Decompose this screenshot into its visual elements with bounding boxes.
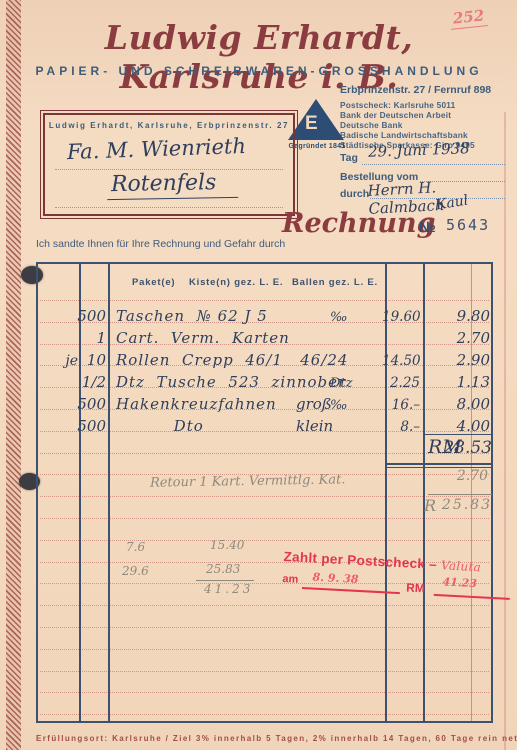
stamp-am-label: am: [282, 573, 299, 586]
pencil-amount: 15.40: [210, 538, 244, 552]
table-row: 1 Cart. Verm. Karten 2.70: [38, 326, 495, 347]
adjustment-rule: [428, 494, 492, 495]
col-header-kiste: Kiste(n) gez. L. E.: [189, 277, 283, 288]
bank-line: Deutsche Bank: [340, 120, 403, 130]
row-per: Dtz: [330, 376, 378, 391]
recipient-dotted-line-1: [55, 155, 283, 170]
binding-edge: [6, 0, 21, 750]
adjustment-credit: 2.70: [430, 468, 488, 484]
row-unit-price: 19.60: [382, 309, 420, 325]
row-unit-price: 8.–: [382, 419, 420, 435]
recipient-box: Ludwig Erhardt, Karlsruhe, Erbprinzenstr…: [40, 110, 298, 219]
total-amount: 28.53: [430, 438, 492, 458]
row-unit-price: 16.–: [382, 397, 420, 413]
printed-sender-line: Ludwig Erhardt, Karlsruhe, Erbprinzenstr…: [45, 121, 293, 130]
table-row: je 10 Rollen Crepp 46/1 46/24 14.50 2.90: [38, 348, 495, 369]
row-amount: 4.00: [430, 417, 490, 435]
pencil-sum-rule: [196, 580, 254, 581]
invoice-no-label: №: [419, 219, 436, 236]
stamp-date-handwritten: 8. 9. 38: [312, 571, 359, 586]
invoice-title: Rechnung: [282, 208, 435, 239]
footer-terms: Erfüllungsort: Karlsruhe / Ziel 3% inner…: [36, 734, 506, 743]
adjustment-final: 25.83: [436, 497, 492, 513]
stamp-amount-handwritten: 41.23: [442, 575, 477, 590]
bank-line: Postscheck: Karlsruhe 5011: [340, 100, 455, 110]
invoice-table: Paket(e) Kiste(n) gez. L. E. Ballen gez.…: [36, 262, 493, 723]
invoice-number: 5643: [446, 216, 490, 234]
row-amount: 8.00: [430, 395, 490, 413]
recipient-dotted-line-2: [55, 193, 283, 208]
logo-letter: E: [305, 113, 318, 135]
row-qty: 500: [58, 417, 106, 435]
row-amount: 2.90: [430, 351, 490, 369]
row-qty: 10: [58, 351, 106, 369]
durch-label: durch: [340, 188, 369, 200]
row-amount: 1.13: [430, 373, 490, 391]
row-desc: Rollen Crepp 46/1 46/24: [116, 351, 348, 369]
stamp-rm-label: RM: [406, 580, 425, 595]
row-desc: Dto: [116, 417, 204, 435]
row-unit-price: 2.25: [382, 375, 420, 391]
table-row: 500 Hakenkreuzfahnen groß ‰ 16.– 8.00: [38, 392, 495, 413]
row-desc: Taschen № 62 J 5: [116, 307, 268, 325]
row-qty: 1: [58, 329, 106, 347]
row-desc2: groß: [296, 395, 332, 413]
adjustment-currency: R: [424, 496, 436, 515]
row-desc: Cart. Verm. Karten: [116, 329, 290, 347]
address-phone-line: Erbprinzenstr. 27 / Fernruf 898: [340, 84, 491, 96]
bank-line: Bank der Deutschen Arbeit: [340, 110, 451, 120]
adjustment-note: Retour 1 Kart. Vermittlg. Kat.: [150, 472, 346, 490]
row-amount: 9.80: [430, 307, 490, 325]
row-qty: 500: [58, 307, 106, 325]
row-desc2: klein: [296, 417, 333, 435]
table-row: 1/2 Dtz Tusche 523 zinnober Dtz 2.25 1.1…: [38, 370, 495, 391]
company-subtitle: PAPIER- UND SCHREIBWAREN-GROSSHANDLUNG: [28, 64, 490, 78]
table-row: 500 Dto klein 8.– 4.00: [38, 414, 495, 435]
tag-date-handwritten: 29. Juni 1938: [368, 139, 470, 161]
col-header-ballen: Ballen gez. L. E.: [292, 277, 378, 288]
stamp-script-note: Valuta: [441, 558, 482, 574]
col-header-paket: Paket(e): [132, 277, 175, 288]
tag-label: Tag: [340, 152, 358, 164]
invoice-page: 252 Ludwig Erhardt, Karlsruhe i. B. PAPI…: [0, 0, 517, 750]
row-unit-price: 14.50: [382, 353, 420, 369]
pencil-date: 7.6: [126, 540, 145, 554]
row-per: ‰: [330, 310, 378, 325]
row-amount: 2.70: [430, 329, 490, 347]
table-row: 500 Taschen № 62 J 5 ‰ 19.60 9.80: [38, 304, 495, 325]
row-qty: 500: [58, 395, 106, 413]
pencil-sum: 41.23: [204, 582, 253, 596]
pencil-amount: 25.83: [206, 562, 240, 576]
recipient-box-inner: Ludwig Erhardt, Karlsruhe, Erbprinzenstr…: [43, 113, 295, 216]
row-qty: 1/2: [58, 373, 106, 391]
bank-line: Badische Landwirtschaftsbank: [340, 130, 468, 140]
shipping-line: Ich sandte Ihnen für Ihre Rechnung und G…: [36, 238, 285, 250]
total-rule: [423, 434, 493, 435]
row-desc: Hakenkreuzfahnen: [116, 395, 277, 413]
row-per: ‰: [330, 398, 378, 413]
pencil-date: 29.6: [122, 564, 149, 578]
row-desc: Dtz Tusche 523 zinnober: [116, 373, 346, 391]
